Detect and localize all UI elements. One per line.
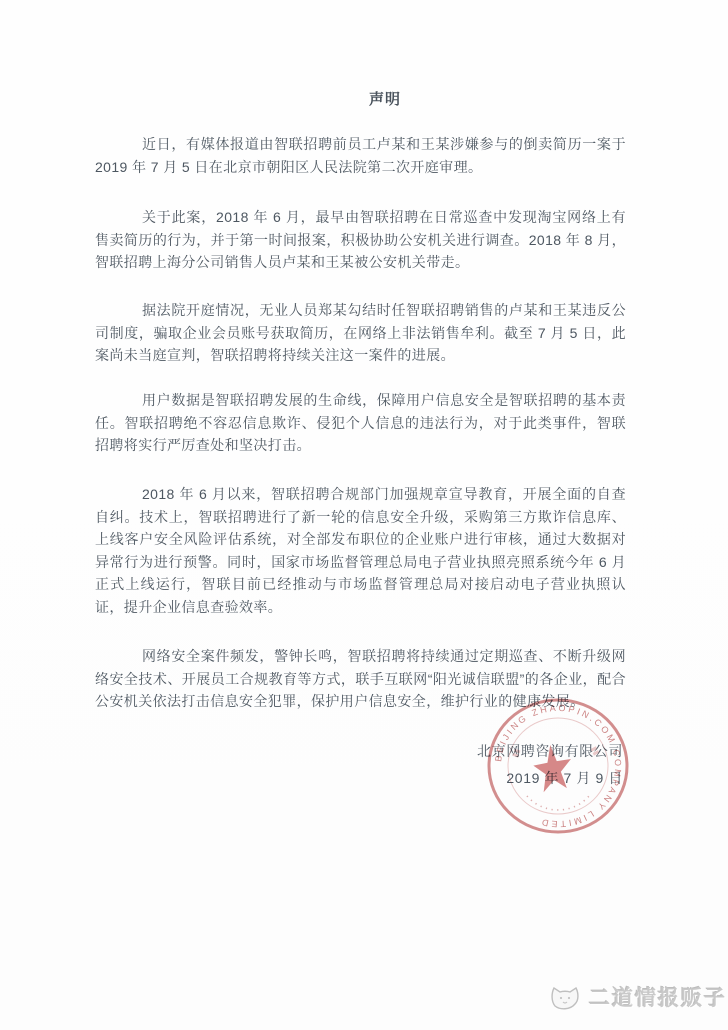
paragraph: 近日，有媒体报道由智联招聘前员工卢某和王某涉嫌参与的倒卖简历一案于2019 年 …	[95, 133, 626, 178]
cat-logo-icon	[548, 982, 582, 1012]
paragraph: 关于此案，2018 年 6 月，最早由智联招聘在日常巡查中发现淘宝网络上有售卖简…	[95, 206, 626, 274]
watermark-text: 二道情报贩子	[589, 982, 727, 1012]
document-page: 声明 近日，有媒体报道由智联招聘前员工卢某和王某涉嫌参与的倒卖简历一案于2019…	[0, 0, 728, 1030]
signature-company: 北京网聘咨询有限公司	[95, 738, 623, 765]
document-title: 声明	[120, 88, 650, 111]
signature-date: 2019 年 7 月 9 日	[95, 765, 623, 792]
watermark: 二道情报贩子	[548, 980, 727, 1014]
paragraph: 网络安全案件频发，警钟长鸣，智联招聘将持续通过定期巡查、不断升级网络安全技术、开…	[95, 645, 626, 713]
paragraph: 据法院开庭情况，无业人员郑某勾结时任智联招聘销售的卢某和王某违反公司制度，骗取企…	[95, 299, 626, 367]
paragraph: 用户数据是智联招聘发展的生命线，保障用户信息安全是智联招聘的基本责任。智联招聘绝…	[95, 389, 626, 457]
signature-block: 北京网聘咨询有限公司 2019 年 7 月 9 日	[95, 738, 623, 792]
paragraph: 2018 年 6 月以来，智联招聘合规部门加强规章宣导教育，开展全面的自查自纠。…	[95, 483, 626, 619]
